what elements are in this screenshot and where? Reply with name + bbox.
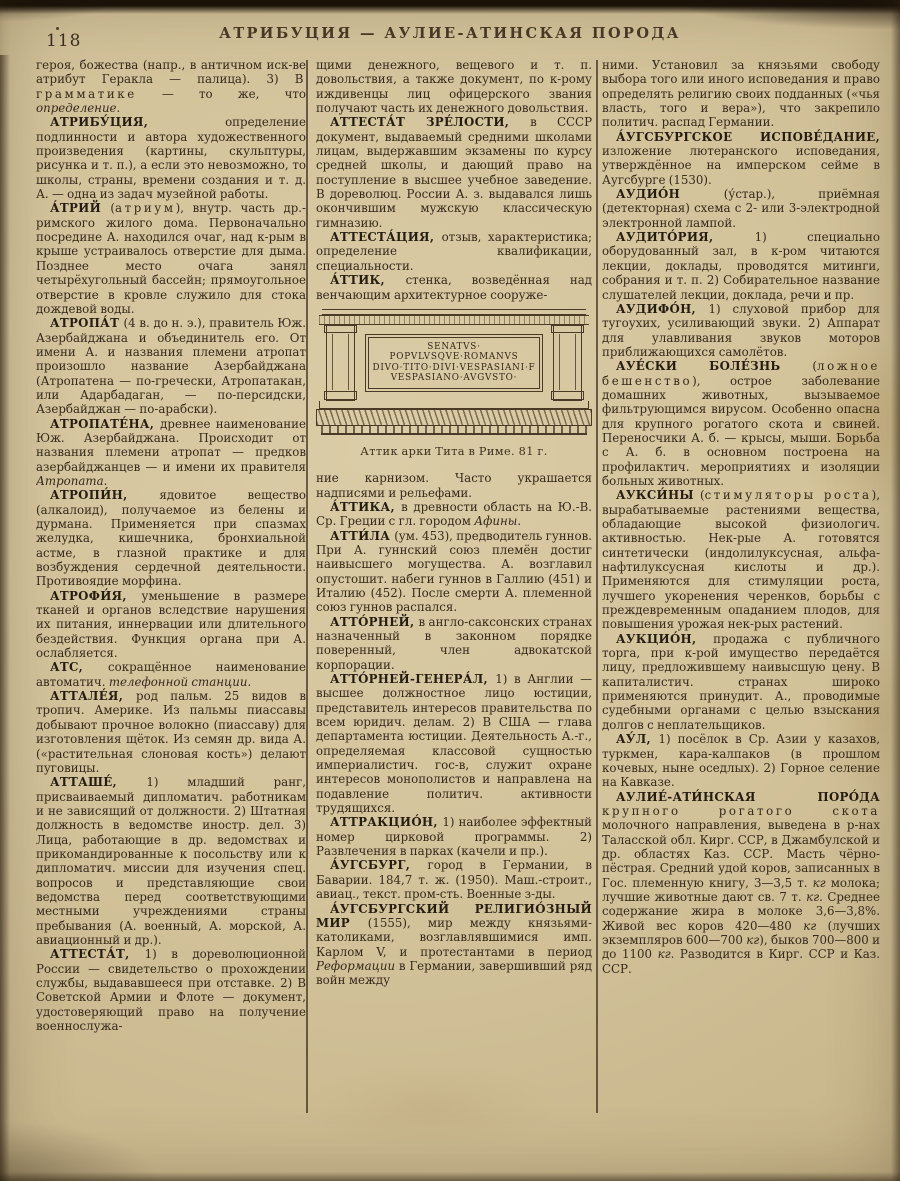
headword: АТС,	[50, 660, 108, 674]
dictionary-entry: А́ТТИКА, в древности область на Ю.-В. Ср…	[316, 500, 592, 529]
attic-drawing: SENATVS· POPVLVSQVE·ROMANVS DIVO·TITO·DI…	[318, 309, 590, 435]
dictionary-entry: АТТИ́ЛА (ум. 453), предводитель гуннов. …	[316, 529, 592, 615]
dictionary-entry: АТРИБУ́ЦИЯ, определение подлинности и ав…	[36, 115, 306, 201]
text-run: 1) в Англии — высшее должностное лицо юс…	[316, 672, 592, 815]
text-run: атриум	[115, 201, 176, 215]
scan-edge-right	[891, 0, 900, 1181]
headword: АТТАШЕ́,	[50, 775, 146, 789]
headword: АТРОПАТЕ́НА,	[50, 417, 160, 431]
dictionary-entry: АТТЕСТА́Т ЗРЕ́ЛОСТИ, в СССР документ, вы…	[316, 115, 592, 230]
dictionary-entry: АТРОФИ́Я, уменьшение в размере тканей и …	[36, 589, 306, 661]
attic-cornice	[319, 315, 589, 325]
dictionary-entry: АТТО́РНЕЙ-ГЕНЕРА́Л, 1) в Англии — высшее…	[316, 672, 592, 815]
attic-pilaster-right	[553, 325, 582, 401]
text-run: ), внутр. часть др.-римского жилого дома…	[36, 201, 306, 315]
headword: А́ТТИКА,	[330, 500, 401, 514]
text-run: ), вырабатываемые растениями вещества, о…	[602, 488, 880, 631]
text-run: кг	[803, 919, 816, 933]
text-run: (4 в. до н. э.), правитель Юж. Азербайдж…	[36, 316, 306, 416]
dictionary-entry: А́ТТИК, стенка, возведённая над венчающи…	[316, 273, 592, 302]
dictionary-entry: АУЛИЕ́-АТИ́НСКАЯ ПОРО́ДА крупного рогато…	[602, 790, 880, 976]
headword: АУЛИЕ́-АТИ́НСКАЯ ПОРО́ДА	[616, 790, 880, 804]
figure-arch-of-titus-attic: SENATVS· POPVLVSQVE·ROMANVS DIVO·TITO·DI…	[316, 309, 592, 459]
text-run: Реформации	[316, 959, 395, 973]
text-run: кг	[806, 890, 819, 904]
inscription-panel: SENATVS· POPVLVSQVE·ROMANVS DIVO·TITO·DI…	[365, 334, 544, 392]
text-run: — то же, что	[137, 87, 306, 101]
attic-dentils	[321, 426, 587, 435]
headword: АТТЕСТА́Т ЗРЕ́ЛОСТИ,	[330, 115, 530, 129]
text-run: кг	[658, 947, 671, 961]
text-run: ние карнизом. Часто украшается надписями…	[316, 471, 592, 499]
headword: АТТЕСТА́ЦИЯ,	[330, 230, 442, 244]
ink-speck	[56, 27, 59, 30]
text-run: телефонной станции	[109, 675, 248, 689]
headword: АУДИТО́РИЯ,	[616, 230, 755, 244]
headword: АТРОФИ́Я,	[50, 589, 142, 603]
dictionary-entry: АТТО́РНЕЙ, в англо-саксонских странах на…	[316, 615, 592, 672]
dictionary-entry: АТТАЛЕ́Я, род пальм. 25 видов в тропич. …	[36, 689, 306, 775]
continuation-paragraph: ними. Установил за князьями свободу выбо…	[602, 58, 880, 130]
headword: АУДИФО́Н,	[616, 302, 709, 316]
attic-center: SENATVS· POPVLVSQVE·ROMANVS DIVO·TITO·DI…	[355, 325, 554, 401]
dictionary-entry: АУДИТО́РИЯ, 1) специально оборудованный …	[602, 230, 880, 302]
headword: АУКЦИО́Н,	[616, 632, 713, 646]
headword: А́ТРИЙ	[50, 201, 110, 215]
dictionary-entry: АТРОПА́Т (4 в. до н. э.), правитель Юж. …	[36, 316, 306, 416]
continuation-paragraph: ние карнизом. Часто украшается надписями…	[316, 471, 592, 500]
text-run: изложение лютеранского исповедания, утве…	[602, 144, 880, 187]
scan-edge-left	[0, 55, 10, 1181]
text-run: кг	[746, 933, 759, 947]
inscription-panel-inner: SENATVS· POPVLVSQVE·ROMANVS DIVO·TITO·DI…	[368, 337, 541, 389]
dictionary-entry: АУДИФО́Н, 1) слуховой прибор для тугоухи…	[602, 302, 880, 359]
dictionary-entry: АУ́Л, 1) посёлок в Ср. Азии у казахов, т…	[602, 732, 880, 789]
dictionary-entry: А́УГСБУРГСКОЕ ИСПОВЕ́ДАНИЕ, изложение лю…	[602, 130, 880, 187]
headword: АТТАЛЕ́Я,	[50, 689, 136, 703]
text-run: .	[104, 474, 108, 488]
headword: А́ТТИК,	[330, 273, 406, 287]
text-run: кг	[813, 876, 826, 890]
dictionary-entry: А́УГСБУРГ, город в Германии, в Баварии. …	[316, 858, 592, 901]
inscription-line: VESPASIANO·AVGVSTO·	[373, 373, 536, 384]
headword: АТТИ́ЛА	[330, 529, 394, 543]
text-run: крупного рогатого скота	[602, 804, 880, 818]
text-run: продажа с публичного торга, при к-рой им…	[602, 632, 880, 732]
column-3: ними. Установил за князьями свободу выбо…	[602, 58, 880, 1114]
headword: А́УГСБУРГ,	[330, 858, 428, 872]
attic-pilaster-left	[326, 325, 355, 401]
headword: АУКСИ́НЫ	[616, 488, 700, 502]
dictionary-entry: АТТРАКЦИО́Н, 1) наиболее эффектный номер…	[316, 815, 592, 858]
attic-frieze	[316, 409, 592, 426]
text-run: в СССР документ, выдаваемый средними шко…	[316, 115, 592, 229]
scan-corner-top-left	[0, 0, 120, 22]
column-3-text: ними. Установил за князьями свободу выбо…	[602, 58, 880, 976]
headword: АТРИБУ́ЦИЯ,	[50, 115, 225, 129]
dictionary-entry: АТТЕСТА́ЦИЯ, отзыв, характеристика; опре…	[316, 230, 592, 273]
headword: АТРОПИ́Н,	[50, 488, 159, 502]
headword: АТТРАКЦИО́Н,	[330, 815, 442, 829]
dictionary-entry: АУЕ́СКИ БОЛЕ́ЗНЬ (ложное бешенство), ост…	[602, 359, 880, 488]
text-run: ними. Установил за князьями свободу выбо…	[602, 58, 880, 129]
inscription-line: DIVO·TITO·DIVI·VESPASIANI·F	[373, 363, 536, 374]
dictionary-entry: А́УГСБУРГСКИЙ РЕЛИГИО́ЗНЫЙ МИР (1555), м…	[316, 902, 592, 988]
dictionary-entry: АУКЦИО́Н, продажа с публичного торга, пр…	[602, 632, 880, 732]
column-1: героя, божества (напр., в античном иск-в…	[36, 58, 306, 1114]
text-run: стимуляторы роста	[705, 488, 872, 502]
text-run: определение	[36, 101, 117, 115]
text-run: .	[517, 514, 521, 528]
column-2: щими денежного, вещевого и т. п. довольс…	[316, 58, 592, 1114]
headword: АУ́Л,	[616, 732, 659, 746]
column-2-text-lower: ние карнизом. Часто украшается надписями…	[316, 471, 592, 987]
text-run: героя, божества (напр., в античном иск-в…	[36, 58, 306, 86]
text-run: .	[247, 675, 251, 689]
headword: АУЕ́СКИ БОЛЕ́ЗНЬ	[616, 359, 812, 373]
running-title: АТРИБУЦИЯ — АУЛИЕ-АТИНСКАЯ ПОРОДА	[60, 25, 840, 42]
inscription-line: SENATVS·	[373, 342, 536, 353]
dictionary-entry: АТС, сокращённое наименование автоматич.…	[36, 660, 306, 689]
dictionary-entry: АУКСИ́НЫ (стимуляторы роста), вырабатыва…	[602, 488, 880, 631]
dictionary-entry: АТРОПИ́Н, ядовитое вещество (алкалоид), …	[36, 488, 306, 588]
text-run: Афины	[474, 514, 517, 528]
dictionary-entry: АТРОПАТЕ́НА, древнее наименование Юж. Аз…	[36, 417, 306, 489]
scan-corner-bottom-left	[0, 1121, 160, 1181]
text-run: ), острое заболевание домашних животных,…	[602, 374, 880, 488]
dictionary-entry: А́ТРИЙ (атриум), внутр. часть др.-римско…	[36, 201, 306, 316]
text-run: .	[117, 101, 121, 115]
headword: АТТЕСТА́Т,	[50, 947, 145, 961]
column-rule-2	[596, 60, 598, 1113]
attic-body: SENATVS· POPVLVSQVE·ROMANVS DIVO·TITO·DI…	[326, 325, 582, 401]
dictionary-entry: АУДИО́Н (у́стар.), приёмная (детекторная…	[602, 187, 880, 230]
column-1-text: героя, божества (напр., в античном иск-в…	[36, 58, 306, 1033]
headword: АТТО́РНЕЙ-ГЕНЕРА́Л,	[330, 672, 495, 686]
text-run: Атропата	[36, 474, 104, 488]
column-2-text-upper: щими денежного, вещевого и т. п. довольс…	[316, 58, 592, 302]
headword: АУДИО́Н	[616, 187, 724, 201]
text-run: 1) младший ранг, присваиваемый дипломати…	[36, 775, 306, 947]
headword: А́УГСБУРГСКОЕ ИСПОВЕ́ДАНИЕ,	[616, 130, 880, 144]
continuation-paragraph: щими денежного, вещевого и т. п. довольс…	[316, 58, 592, 115]
inscription-line: POPVLVSQVE·ROMANVS	[373, 352, 536, 363]
text-run: щими денежного, вещевого и т. п. довольс…	[316, 58, 592, 115]
headword: АТРОПА́Т	[50, 316, 124, 330]
headword: АТТО́РНЕЙ,	[330, 615, 418, 629]
continuation-paragraph: героя, божества (напр., в античном иск-в…	[36, 58, 306, 115]
column-rule-1	[306, 60, 308, 1113]
dictionary-entry: АТТЕСТА́Т, 1) в дореволюционной России —…	[36, 947, 306, 1033]
text-run: ядовитое вещество (алкалоид), получаемое…	[36, 488, 306, 588]
attic-architrave	[319, 401, 589, 409]
dictionary-entry: АТТАШЕ́, 1) младший ранг, присваиваемый …	[36, 775, 306, 947]
figure-caption: Аттик арки Тита в Риме. 81 г.	[318, 445, 590, 459]
